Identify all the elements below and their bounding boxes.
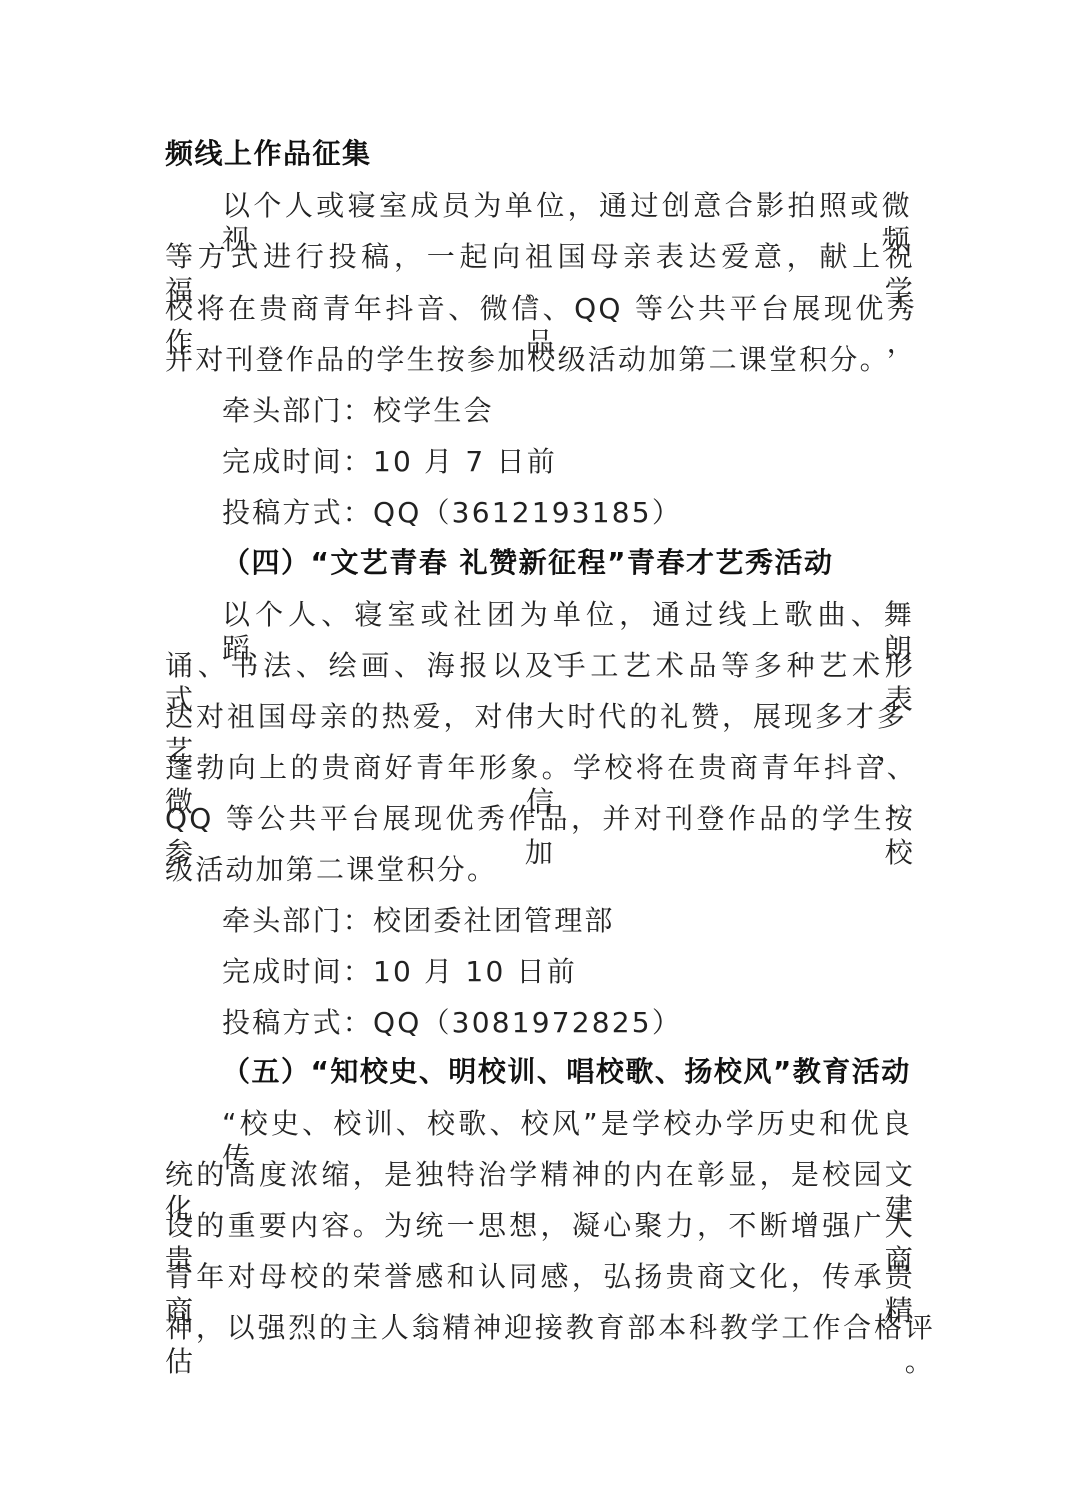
section-heading-4: （四）“文艺青春 礼赞新征程”青春才艺秀活动 <box>222 546 982 580</box>
lead-department: 牵头部门：校学生会 <box>222 394 982 428</box>
section-heading-5: （五）“知校史、明校训、唱校歌、扬校风”教育活动 <box>222 1055 982 1089</box>
section-title-continuation: 频线上作品征集 <box>165 137 925 171</box>
deadline: 完成时间：10 月 10 日前 <box>222 955 982 989</box>
paragraph-line: 神，以强烈的主人翁精神迎接教育部本科教学工作合格评估。 <box>165 1311 935 1379</box>
document-page: 频线上作品征集 以个人或寝室成员为单位，通过创意合影拍照或微视频 等方式进行投稿… <box>0 0 1079 1509</box>
lead-department: 牵头部门：校团委社团管理部 <box>222 904 982 938</box>
paragraph-line: 级活动加第二课堂积分。 <box>165 853 925 887</box>
paragraph-line: 并对刊登作品的学生按参加校级活动加第二课堂积分。 <box>165 343 925 377</box>
deadline: 完成时间：10 月 7 日前 <box>222 445 982 479</box>
submission-method: 投稿方式：QQ（3612193185） <box>222 496 982 530</box>
submission-method: 投稿方式：QQ（3081972825） <box>222 1006 982 1040</box>
